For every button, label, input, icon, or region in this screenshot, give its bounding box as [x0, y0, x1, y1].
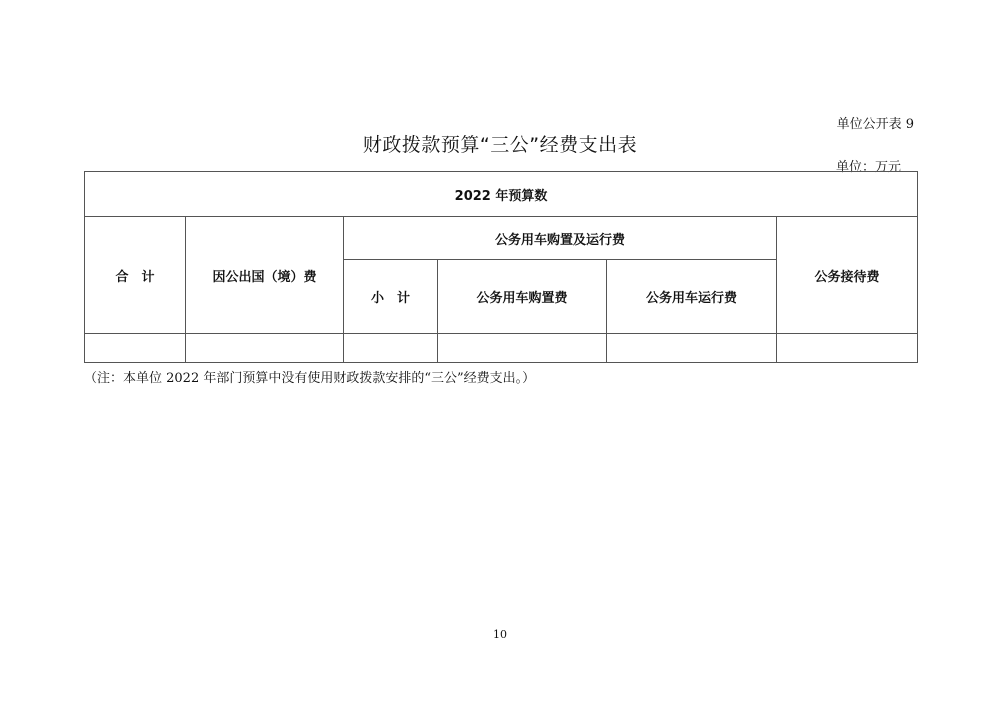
cell-vehicle-subtotal	[344, 334, 438, 363]
page-number: 10	[0, 628, 1000, 641]
col-overseas: 因公出国（境）费	[186, 217, 344, 334]
col-total: 合 计	[85, 217, 186, 334]
col-vehicle-subtotal: 小 计	[344, 260, 438, 334]
page-title: 财政拨款预算“三公”经费支出表	[0, 130, 1000, 157]
cell-vehicle-purchase	[438, 334, 607, 363]
three-public-expenses-table: 2022 年预算数 合 计 因公出国（境）费 公务用车购置及运行费 公务接待费 …	[84, 171, 918, 363]
col-vehicle-group: 公务用车购置及运行费	[344, 217, 777, 260]
cell-reception	[777, 334, 918, 363]
col-reception: 公务接待费	[777, 217, 918, 334]
table-row	[85, 334, 918, 363]
cell-total	[85, 334, 186, 363]
col-vehicle-purchase: 公务用车购置费	[438, 260, 607, 334]
cell-overseas	[186, 334, 344, 363]
table-note: （注：本单位 2022 年部门预算中没有使用财政拨款安排的“三公”经费支出。）	[84, 367, 535, 386]
cell-vehicle-operation	[607, 334, 777, 363]
col-vehicle-operation: 公务用车运行费	[607, 260, 777, 334]
year-header: 2022 年预算数	[85, 172, 918, 217]
